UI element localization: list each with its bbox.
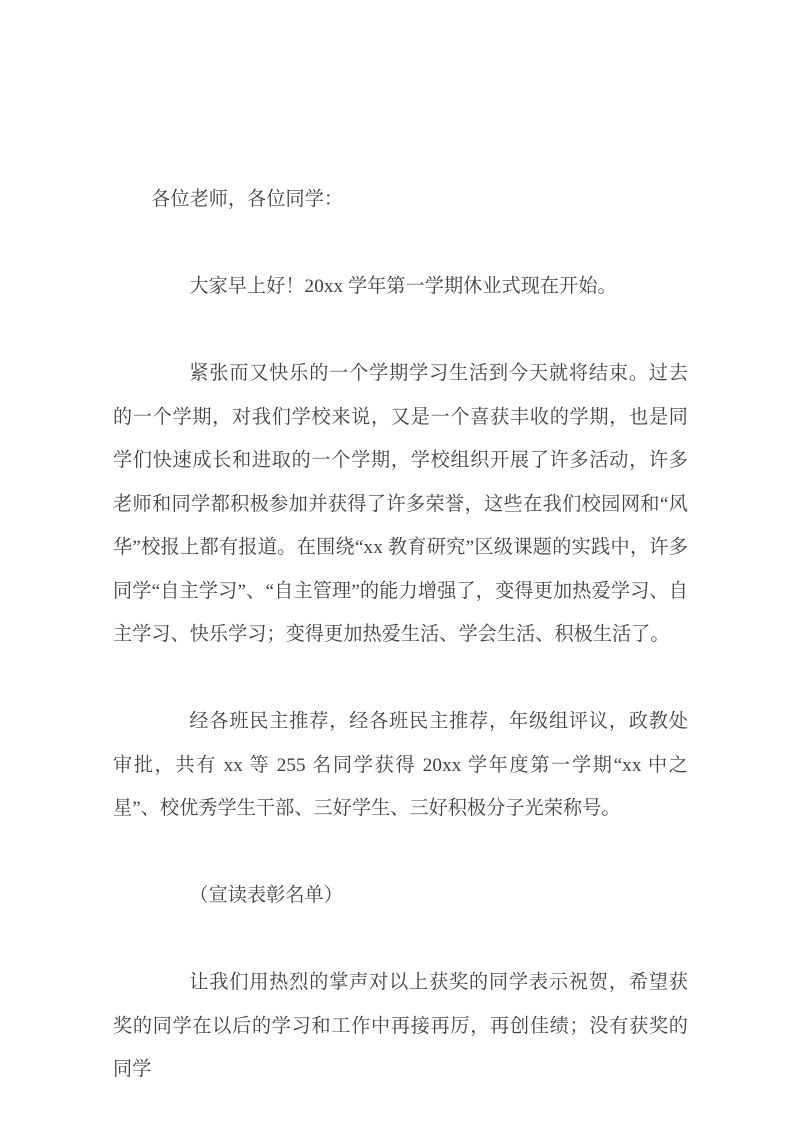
document-page: 各位老师，各位同学： 大家早上好！20xx 学年第一学期休业式现在开始。 紧张而… <box>0 0 793 1122</box>
award-approval-paragraph: 经各班民主推荐，经各班民主推荐，年级组评议，政教处审批，共有 xx 等 255 … <box>113 700 688 831</box>
stage-direction-line: （宣读表彰名单） <box>113 874 688 918</box>
congratulations-paragraph: 让我们用热烈的掌声对以上获奖的同学表示祝贺，希望获奖的同学在以后的学习和工作中再… <box>113 961 688 1092</box>
document-body: 各位老师，各位同学： 大家早上好！20xx 学年第一学期休业式现在开始。 紧张而… <box>113 178 688 1092</box>
opening-announcement-line: 大家早上好！20xx 学年第一学期休业式现在开始。 <box>113 265 688 309</box>
semester-review-paragraph: 紧张而又快乐的一个学期学习生活到今天就将结束。过去的一个学期，对我们学校来说，又… <box>113 352 688 657</box>
greeting-line: 各位老师，各位同学： <box>113 178 688 222</box>
